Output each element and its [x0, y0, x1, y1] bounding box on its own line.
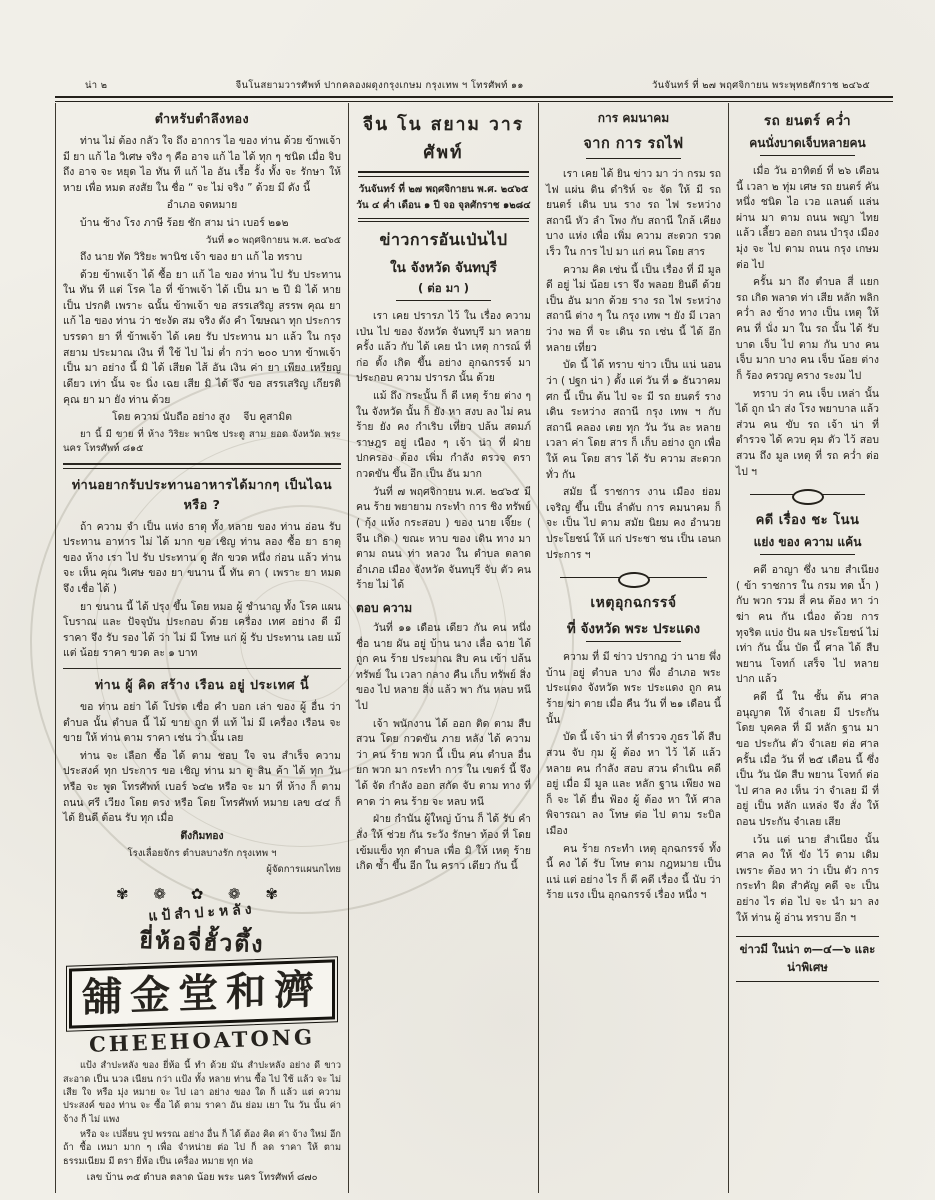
ad1-availability: ยา นี้ มี ขาย ที่ ห้าง วิริยะ พานิช ประต… [63, 428, 341, 457]
headline-underline [760, 554, 855, 555]
article-continuation: ( ต่อ มา ) [356, 280, 531, 298]
article-paragraph: คดี อาญา ซึ่ง นาย สำเนียง ( ข้า ราชการ ใ… [736, 563, 879, 688]
headline-underline [586, 158, 681, 159]
article-headline: รถ ยนตร์ คว่ำ [736, 109, 879, 131]
ad-body-text: แป้ง สำปะหลัง ของ ยี่ห้อ นี้ ทำ ด้วย มัน… [63, 1059, 341, 1168]
page-number: น่า ๒ [85, 78, 107, 93]
article-paragraph: บัด นี้ ได้ ทราบ ข่าว เป็น แน่ นอน ว่า (… [546, 358, 721, 483]
ellipse-ornament-icon [792, 489, 824, 505]
article-paragraph: เมื่อ วัน อาทิตย์ ที่ ๒๖ เดือน นี้ เวลา … [736, 164, 879, 273]
ad-brand-thai: ยี่ห้อจี่ฮั้วตึ้ง [62, 920, 341, 966]
ad3-shop-address: โรงเลื่อยจักร ตำบลบางรัก กรุงเทพ ฯ [63, 847, 341, 861]
article-subhead: ใน จังหวัด จันทบุรี [356, 256, 531, 278]
ad3-paragraph: ขอ ท่าน อย่า ได้ โปรด เชื่อ คำ บอก เล่า … [63, 700, 341, 747]
ad1-date-line: วันที่ ๑๐ พฤศจิกายน พ.ศ. ๒๔๖๕ [63, 234, 341, 248]
article-paragraph: คดี นี้ ใน ชั้น ต้น ศาล อนุญาต ให้ จำเลย… [736, 690, 879, 830]
section-rule [63, 463, 341, 469]
ad1-signoff-left: โดย ความ นับถือ อย่าง สูง [112, 411, 230, 423]
ad2-title: ท่านอยากรับประทานอาหารได้มากๆ เป็นไฉนหรื… [63, 475, 341, 515]
page-header: น่า ๒ จีนโนสยามวารศัพท์ ปากคลองผดุงกรุงเ… [0, 0, 935, 96]
pages-index-note: ข่าวมี ในน่า ๓—๔—๖ และน่าพิเศษ [736, 936, 879, 982]
article-paragraph: เรา เคย ได้ ยิน ข่าว มา ว่า กรม รถ ไฟ แผ… [546, 167, 721, 261]
column-3: การ คมนาคม จาก การ รถไฟ เรา เคย ได้ ยิน … [539, 103, 729, 1193]
chehoatong-advertisement: ✾ ❁ ✿ ❁ ✾ แป้สำปะหลัง ยี่ห้อจี่ฮั้วตึ้ง … [63, 887, 341, 1185]
article-headline: คดี เรื่อง ชะ โนน [736, 509, 879, 530]
article-paragraph: บัด นี้ เจ้า น่า ที่ ตำรวจ ภูธร ได้ สืบ … [546, 730, 721, 839]
article-headline: เหตุอุกฉกรรจ์ [546, 592, 721, 614]
column-1: ตำหรับตำลึงทอง ท่าน ไม่ ต้อง กลัว ใจ ถึง… [56, 103, 349, 1193]
article-paragraph: เว้น แต่ นาย สำเนียง นั้น ศาล คง ให้ ขัง… [736, 833, 879, 927]
article-subhead: ที่ จังหวัด พระ ประแดง [546, 617, 721, 639]
article-paragraph: ฝ่าย กำนัน ผู้ใหญ่ บ้าน ก็ ได้ รับ คำ สั… [356, 812, 531, 874]
ad-address: เลข บ้าน ๓๕ ตำบล ตลาด น้อย พระ นคร โทรศั… [63, 1170, 341, 1185]
column-4: รถ ยนตร์ คว่ำ คนนั่งบาดเจ็บหลายคน เมื่อ … [729, 103, 886, 1193]
ad3-shop-name: ตึงกิมทอง [63, 829, 341, 845]
article-paragraph: วันที่ ๗ พฤศจิกายน พ.ศ. ๒๔๖๕ มี คน ร้าย … [356, 485, 531, 594]
ad1-signoff: โดย ความ นับถือ อย่าง สูง จีบ คูสามิต [63, 410, 341, 426]
header-date-line: วันจันทร์ ที่ ๒๗ พฤศจิกายน พระพุทธศักราช… [652, 78, 870, 93]
ad1-title: ตำหรับตำลึงทอง [63, 109, 341, 129]
ad-paragraph: แป้ง สำปะหลัง ของ ยี่ห้อ นี้ ทำ ด้วย มัน… [63, 1059, 341, 1126]
article-paragraph: ความ ที่ มี ข่าว ปรากฏ ว่า นาย พึ่ง บ้าน… [546, 650, 721, 728]
ad2-paragraph: ยา ขนาน นี้ ได้ ปรุง ขึ้น โดย หมอ ผู้ ชำ… [63, 600, 341, 662]
article-paragraph: แม้ ถึง กระนั้น ก็ ดี เหตุ ร้าย ต่าง ๆ ใ… [356, 389, 531, 483]
masthead-date-lunar: วัน ๔ ค่ำ เดือน ๑ ปี จอ จุลศักราช ๑๒๘๔ [356, 198, 531, 213]
column-grid: ตำหรับตำลึงทอง ท่าน ไม่ ต้อง กลัว ใจ ถึง… [55, 103, 895, 1193]
article-subhead-2: ตอบ ความ [356, 599, 531, 618]
masthead-title: จีน โน สยาม วาร ศัพท์ [356, 105, 531, 170]
headline-underline [760, 155, 855, 156]
masthead-rule [358, 218, 529, 222]
article-separator-ornament [750, 487, 865, 502]
article-paragraph: เรา เคย ปรารภ ไว้ ใน เรื่อง ความ เป่น ไป… [356, 309, 531, 387]
masthead-date-gregorian: วันจันทร์ ที่ ๒๗ พฤศจิกายน พ.ศ. ๒๔๖๕ [356, 182, 531, 197]
header-office-line: จีนโนสยามวารศัพท์ ปากคลองผดุงกรุงเกษม กร… [236, 78, 524, 93]
ad1-salutation: ถึง นาย ทัด วิริยะ พานิช เจ้า ของ ยา แก้… [63, 250, 341, 266]
ad1-letter-body: ด้วย ข้าพเจ้า ได้ ซื้อ ยา แก้ ไอ ของ ท่า… [63, 268, 341, 408]
article-paragraph: ครั้น มา ถึง ตำบล สี่ แยก รถ เกิด พลาด ท… [736, 275, 879, 384]
article-paragraph: เจ้า พนักงาน ได้ ออก ติด ตาม สืบ สวน โดย… [356, 717, 531, 811]
ad-brand-latin: CHEEHOATONG [63, 1023, 342, 1058]
ad3-title: ท่าน ผู้ คิด สร้าง เรือน อยู่ ประเทศ นี้ [63, 675, 341, 695]
article-kicker: การ คมนาคม [546, 109, 721, 128]
column-2: จีน โน สยาม วาร ศัพท์ วันจันทร์ ที่ ๒๗ พ… [349, 103, 539, 1193]
ellipse-ornament-icon [618, 572, 650, 588]
article-paragraph: ทราบ ว่า คน เจ็บ เหล่า นั้น ได้ ถูก นำ ส… [736, 387, 879, 481]
masthead-rule [358, 171, 529, 177]
ad-paragraph: หรือ จะ เปลี่ยน รูป พรรณ อย่าง อื่น ก็ ไ… [63, 1128, 341, 1168]
newspaper-page: น่า ๒ จีนโนสยามวารศัพท์ ปากคลองผดุงกรุงเ… [0, 0, 935, 1200]
article-subhead: แย่ง ของ ความ แค้น [736, 533, 879, 552]
article-headline: จาก การ รถไฟ [546, 132, 721, 155]
article-separator-ornament [560, 570, 707, 585]
section-rule [63, 668, 341, 669]
ad1-paragraph: ท่าน ไม่ ต้อง กลัว ใจ ถึง อาการ ไอ ของ ท… [63, 134, 341, 196]
ad1-address-line: บ้าน ช้าง โรง ภาษี ร้อย ชัก สาม น่า เบอร… [63, 216, 341, 232]
article-subhead: คนนั่งบาดเจ็บหลายคน [736, 134, 879, 153]
article-headline: ข่าวการอันเป่นไป [356, 228, 531, 253]
ad2-paragraph: ถ้า ความ จำ เป็น แห่ง ธาตุ ทั้ง หลาย ของ… [63, 520, 341, 598]
header-double-rule [55, 96, 893, 102]
article-paragraph: สมัย นี้ ราชการ งาน เมือง ย่อม เจริญ ขึ้… [546, 485, 721, 563]
article-paragraph: วันที่ ๑๑ เดือน เดียว กัน คน หนึ่ง ชื่อ … [356, 621, 531, 715]
ad3-manager: ผู้จัดการแผนกไทย [63, 863, 341, 877]
ad3-paragraph: ท่าน จะ เลือก ซื้อ ได้ ตาม ชอบ ใจ จน สำเ… [63, 749, 341, 827]
article-paragraph: ความ คิด เช่น นี้ เป็น เรื่อง ที่ มี มูล… [546, 263, 721, 357]
article-paragraph: คน ร้าย กระทำ เหตุ อุกฉกรรจ์ ทั้ง นี้ คง… [546, 842, 721, 904]
headline-underline [586, 641, 681, 642]
ad1-signoff-right: จีบ คูสามิต [243, 411, 292, 423]
ad1-address-head: อำเภอ จดหมาย [63, 198, 341, 214]
headline-underline [396, 300, 491, 301]
ad-brand-chinese-banner: 舖金堂和濟 [69, 960, 335, 1029]
